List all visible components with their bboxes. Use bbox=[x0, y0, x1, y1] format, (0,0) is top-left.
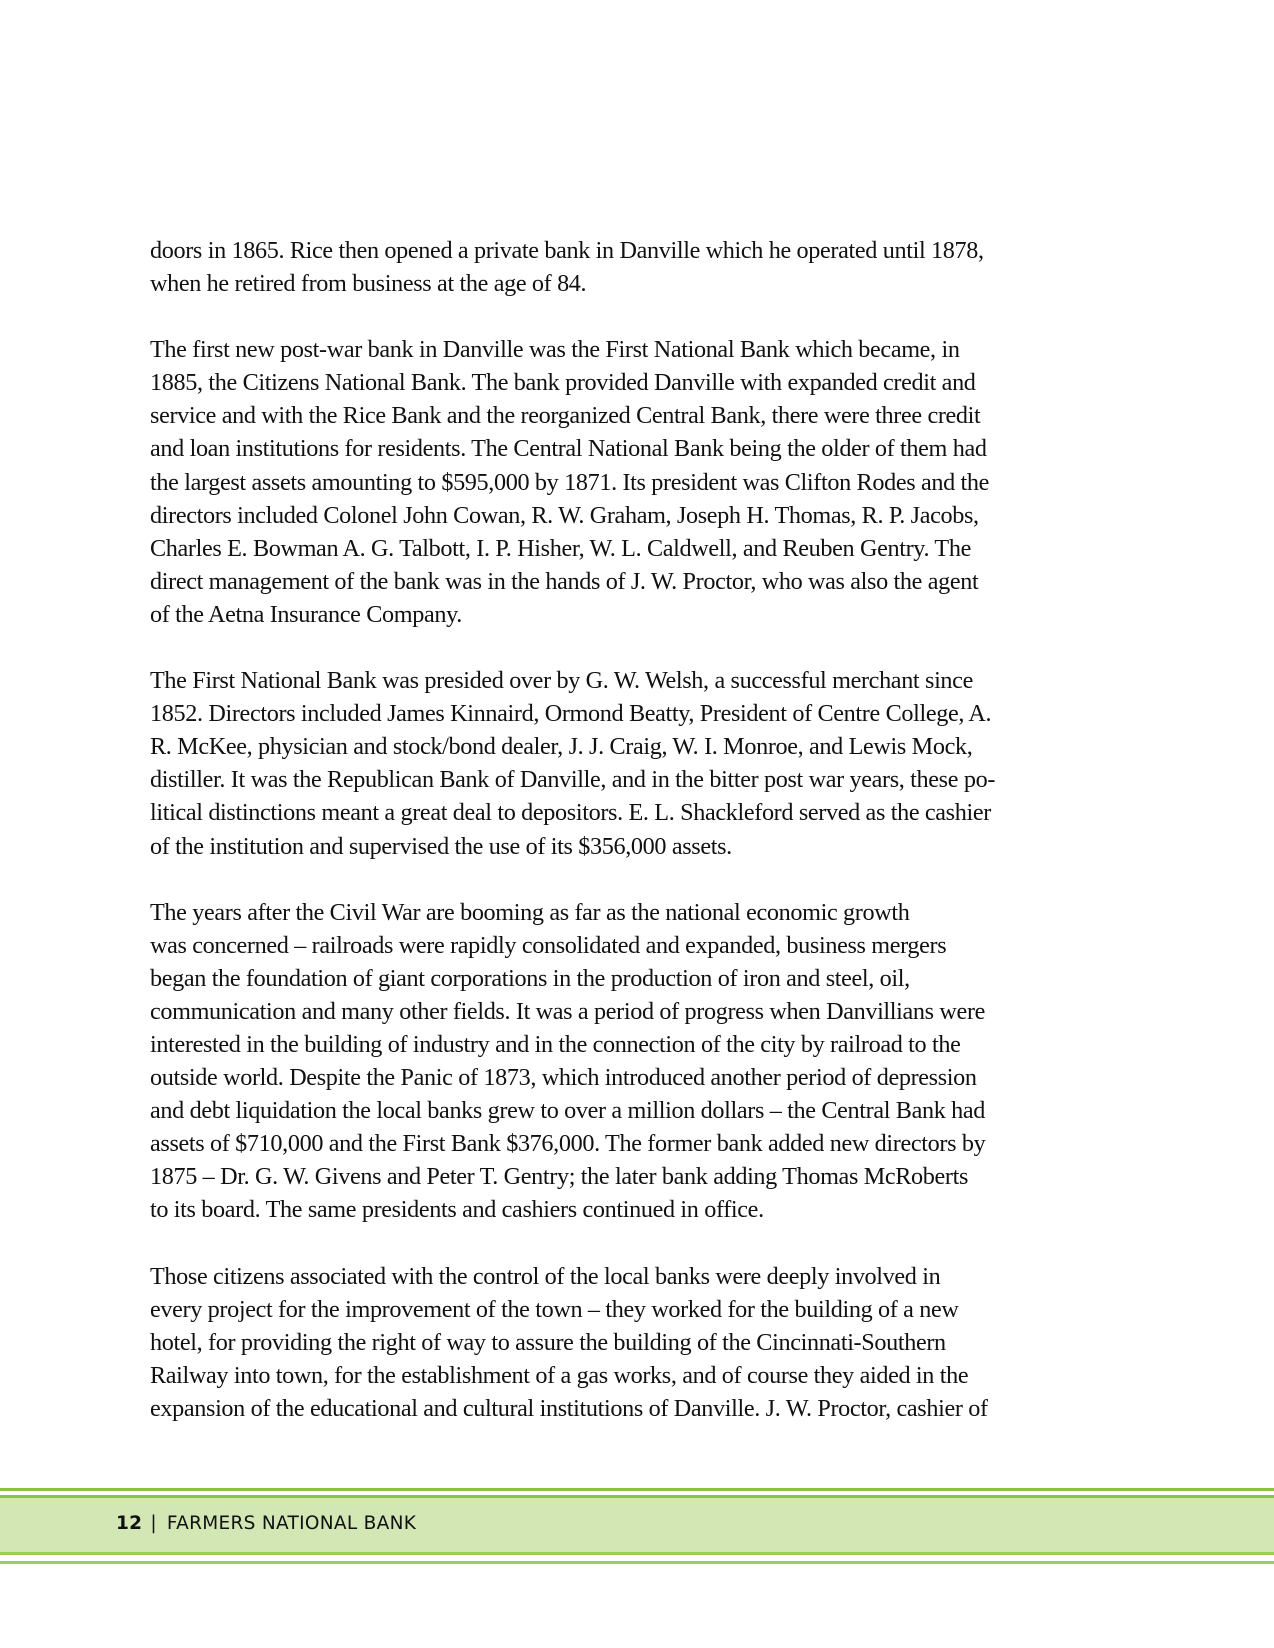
paragraph: The First National Bank was presided ove… bbox=[150, 664, 1100, 863]
page-number: 12 bbox=[116, 1513, 142, 1534]
footer-separator: | bbox=[150, 1513, 157, 1534]
paragraph: Those citizens associated with the contr… bbox=[150, 1260, 1100, 1425]
footer-top-rule bbox=[0, 1488, 1274, 1491]
footer-bottom-rule bbox=[0, 1561, 1274, 1564]
paragraph: The years after the Civil War are boomin… bbox=[150, 896, 1100, 1227]
paragraph: The first new post-war bank in Danville … bbox=[150, 333, 1100, 631]
publication-title: FARMERS NATIONAL BANK bbox=[167, 1513, 416, 1534]
paragraph: doors in 1865. Rice then opened a privat… bbox=[150, 234, 1100, 300]
document-body: doors in 1865. Rice then opened a privat… bbox=[150, 234, 1100, 1458]
page-footer: 12|FARMERS NATIONAL BANK bbox=[116, 1513, 416, 1534]
